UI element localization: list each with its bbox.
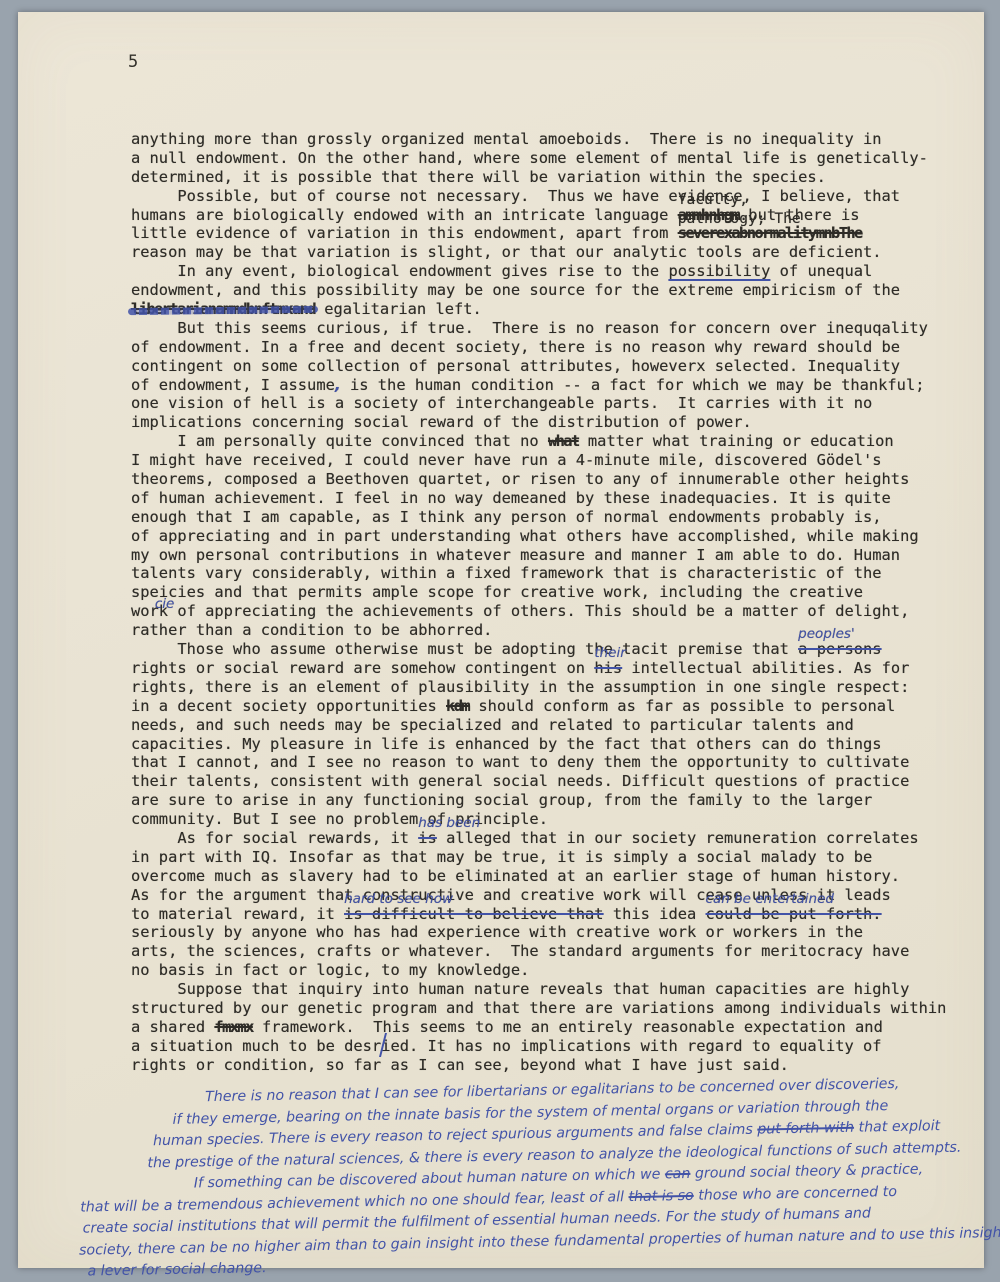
text-segment: a situation much to be desr — [131, 1037, 381, 1055]
text-segment: that is so — [628, 1187, 694, 1204]
typed-line: In any event, biological endowment gives… — [131, 262, 981, 281]
text-segment: a personspeoples' — [798, 640, 881, 658]
text-segment: enough that I am capable, as I think any… — [131, 508, 882, 526]
typed-line: in part with IQ. Insofar as that may be … — [131, 848, 981, 867]
text-segment: my own personal contributions in whateve… — [131, 546, 900, 564]
text-segment: fmxmx — [214, 1018, 252, 1036]
text-segment: ishas been — [418, 829, 437, 847]
text-segment: As for social rewards, it — [131, 829, 418, 847]
typed-line: But this seems curious, if true. There i… — [131, 319, 981, 338]
text-segment: of unequal — [770, 262, 872, 280]
text-segment: should conform as far as possible to per… — [469, 697, 895, 715]
typed-line: of endowment, I assume, is the human con… — [131, 376, 981, 395]
text-segment: arts, the sciences, crafts or whatever. … — [131, 942, 909, 960]
text-segment: spe — [131, 583, 159, 601]
typed-line: anything more than grossly organized men… — [131, 130, 981, 149]
text-segment: reason may be that variation is slight, … — [131, 243, 882, 261]
text-segment: es and that permits ample scope for crea… — [187, 583, 863, 601]
typed-line: rather than a condition to be abhorred. — [131, 621, 981, 640]
text-segment: rights or condition, so far as I can see… — [131, 1056, 789, 1074]
text-segment: histheir — [594, 659, 622, 677]
text-segment: in a decent society opportunities — [131, 697, 446, 715]
typed-line: structured by our genetic program and th… — [131, 999, 981, 1018]
typed-line: reason may be that variation is slight, … — [131, 243, 981, 262]
typed-line: contingent on some collection of persona… — [131, 357, 981, 376]
text-segment: endowment, and this possibility may be o… — [131, 281, 900, 299]
text-segment: I am personally quite convinced that no — [131, 432, 548, 450]
typed-line: Possible, but of course not necessary. T… — [131, 187, 981, 206]
text-segment: implications concerning social reward of… — [131, 413, 752, 431]
text-segment: theorems, composed a Beethoven quartet, … — [131, 470, 909, 488]
text-segment: put forth with — [757, 1120, 854, 1138]
typed-line: seriously by anyone who has had experien… — [131, 923, 981, 942]
typed-line: overcome much as slavery had to be elimi… — [131, 867, 981, 886]
text-segment: can — [665, 1166, 691, 1182]
typed-line: one vision of hell is a society of inter… — [131, 394, 981, 413]
text-segment: work of appreciating the achievements of… — [131, 602, 909, 620]
text-segment: Possible, but of course not necessary. T… — [131, 187, 900, 205]
typed-line: enough that I am capable, as I think any… — [131, 508, 981, 527]
typed-line: a shared fmxmx framework. This seems to … — [131, 1018, 981, 1037]
typed-line: of human achievement. I feel in no way d… — [131, 489, 981, 508]
text-segment: are sure to arise in any functioning soc… — [131, 791, 872, 809]
typed-line: theorems, composed a Beethoven quartet, … — [131, 470, 981, 489]
text-segment: But this seems curious, if true. There i… — [131, 319, 928, 337]
typed-line: little evidence of variation in this end… — [131, 224, 981, 243]
text-segment: could be put forth.can be entertained — [706, 905, 882, 923]
typed-line: Suppose that inquiry into human nature r… — [131, 980, 981, 999]
text-segment: framework. This seems to me an entirely … — [253, 1018, 883, 1036]
typed-line: speiciciees and that permits ample scope… — [131, 583, 981, 602]
text-segment: that I cannot, and I see no reason to wa… — [131, 753, 909, 771]
text-segment: Suppose that inquiry into human nature r… — [131, 980, 909, 998]
text-segment: egalitarian left. — [315, 300, 482, 318]
typed-line: in a decent society opportunities kdm sh… — [131, 697, 981, 716]
typed-line: I am personally quite convinced that no … — [131, 432, 981, 451]
typed-line: my own personal contributions in whateve… — [131, 546, 981, 565]
text-segment: a lever for social change. — [87, 1260, 266, 1279]
text-segment: what — [548, 432, 579, 450]
text-segment: anything more than grossly organized men… — [131, 130, 882, 148]
text-segment: those who are concerned to — [694, 1183, 898, 1203]
document-page: 5 anything more than grossly organized m… — [18, 12, 984, 1268]
text-segment: rights, there is an element of plausibil… — [131, 678, 909, 696]
text-segment: contingent on some collection of persona… — [131, 357, 900, 375]
typed-line: arts, the sciences, crafts or whatever. … — [131, 942, 981, 961]
typed-line: to material reward, it is difficult to b… — [131, 905, 981, 924]
text-segment: icicie — [159, 583, 187, 601]
typed-line: I might have received, I could never hav… — [131, 451, 981, 470]
typed-line: a situation much to be desried. It has n… — [131, 1037, 981, 1056]
text-segment: alleged that in our society remuneration… — [437, 829, 919, 847]
text-segment: is difficult to believe thathard to see … — [344, 905, 603, 923]
text-segment: capacities. My pleasure in life is enhan… — [131, 735, 882, 753]
text-segment: I might have received, I could never hav… — [131, 451, 882, 469]
text-segment: a shared — [131, 1018, 214, 1036]
typed-line: community. But I see no problem of princ… — [131, 810, 981, 829]
text-segment: of endowment, I assume — [131, 376, 335, 394]
typed-line: rights or social reward are somehow cont… — [131, 659, 981, 678]
text-segment: needs, and such needs may be specialized… — [131, 716, 854, 734]
typed-line: libertarianammdbnftmxand egalitarian lef… — [131, 300, 981, 319]
text-segment: overcome much as slavery had to be elimi… — [131, 867, 900, 885]
text-segment: no basis in fact or logic, to my knowled… — [131, 961, 529, 979]
scanned-document-screenshot: { "page": { "number": "5", "background_c… — [0, 0, 1000, 1282]
text-segment: ed. It has no implications with regard t… — [390, 1037, 881, 1055]
text-segment: to material reward, it — [131, 905, 344, 923]
typed-line: humans are biologically endowed with an … — [131, 206, 981, 225]
typed-text-block: anything more than grossly organized men… — [131, 130, 981, 1075]
typed-line: As for the argument that constructive an… — [131, 886, 981, 905]
typed-line: implications concerning social reward of… — [131, 413, 981, 432]
text-segment: severexabnormalitymnbThepathology; The — [678, 224, 862, 242]
text-segment: of endowment. In a free and decent socie… — [131, 338, 900, 356]
text-segment: libertarianammdbnftmxand — [131, 300, 315, 318]
text-segment: little evidence of variation in this end… — [131, 224, 678, 242]
typed-line: talents vary considerably, within a fixe… — [131, 564, 981, 583]
text-segment: .but there is — [739, 206, 859, 224]
typed-line: that I cannot, and I see no reason to wa… — [131, 753, 981, 772]
typed-line: are sure to arise in any functioning soc… — [131, 791, 981, 810]
text-segment: possibility — [668, 262, 770, 280]
typed-line: their talents, consistent with general s… — [131, 772, 981, 791]
typed-line: needs, and such needs may be specialized… — [131, 716, 981, 735]
typed-line: rights or condition, so far as I can see… — [131, 1056, 981, 1075]
text-segment: of human achievement. I feel in no way d… — [131, 489, 891, 507]
text-segment: rights or social reward are somehow cont… — [131, 659, 594, 677]
typed-line: determined, it is possible that there wi… — [131, 168, 981, 187]
text-segment: their talents, consistent with general s… — [131, 772, 909, 790]
text-segment: ground social theory & practice, — [690, 1161, 923, 1181]
text-segment: i — [381, 1037, 390, 1055]
text-segment: community. But I see no problem of princ… — [131, 810, 548, 828]
text-segment: talents vary considerably, within a fixe… — [131, 564, 882, 582]
text-segment: matter what training or education — [579, 432, 894, 450]
typed-line: Those who assume otherwise must be adopt… — [131, 640, 981, 659]
text-segment: humans are biologically endowed with an … — [131, 206, 678, 224]
text-segment: one vision of hell is a society of inter… — [131, 394, 872, 412]
text-segment: As for the argument that constructive an… — [131, 886, 891, 904]
text-segment: in part with IQ. Insofar as that may be … — [131, 848, 872, 866]
typed-line: of appreciating and in part understandin… — [131, 527, 981, 546]
text-segment: rather than a condition to be abhorred. — [131, 621, 492, 639]
typed-line: a null endowment. On the other hand, whe… — [131, 149, 981, 168]
text-segment: determined, it is possible that there wi… — [131, 168, 826, 186]
text-segment: this idea — [604, 905, 706, 923]
handwritten-annotation-block: There is no reason that I can see for li… — [60, 1072, 999, 1282]
typed-line: no basis in fact or logic, to my knowled… — [131, 961, 981, 980]
text-segment: of appreciating and in part understandin… — [131, 527, 919, 545]
typed-line: endowment, and this possibility may be o… — [131, 281, 981, 300]
text-segment: seriously by anyone who has had experien… — [131, 923, 863, 941]
typed-line: capacities. My pleasure in life is enhan… — [131, 735, 981, 754]
text-segment: that exploit — [854, 1118, 940, 1136]
typed-line: work of appreciating the achievements of… — [131, 602, 981, 621]
page-number: 5 — [128, 52, 138, 72]
text-segment: structured by our genetic program and th… — [131, 999, 946, 1017]
typed-line: As for social rewards, it ishas been all… — [131, 829, 981, 848]
text-segment: ammhnhgmfaculty, — [678, 206, 739, 224]
text-segment: kdm — [446, 697, 469, 715]
text-segment: intellectual abilities. As for — [622, 659, 909, 677]
text-segment: is the human condition -- a fact for whi… — [341, 376, 925, 394]
text-segment: In any event, biological endowment gives… — [131, 262, 668, 280]
text-segment: Those who assume otherwise must be adopt… — [131, 640, 798, 658]
typed-line: of endowment. In a free and decent socie… — [131, 338, 981, 357]
typed-line: rights, there is an element of plausibil… — [131, 678, 981, 697]
text-segment: a null endowment. On the other hand, whe… — [131, 149, 928, 167]
